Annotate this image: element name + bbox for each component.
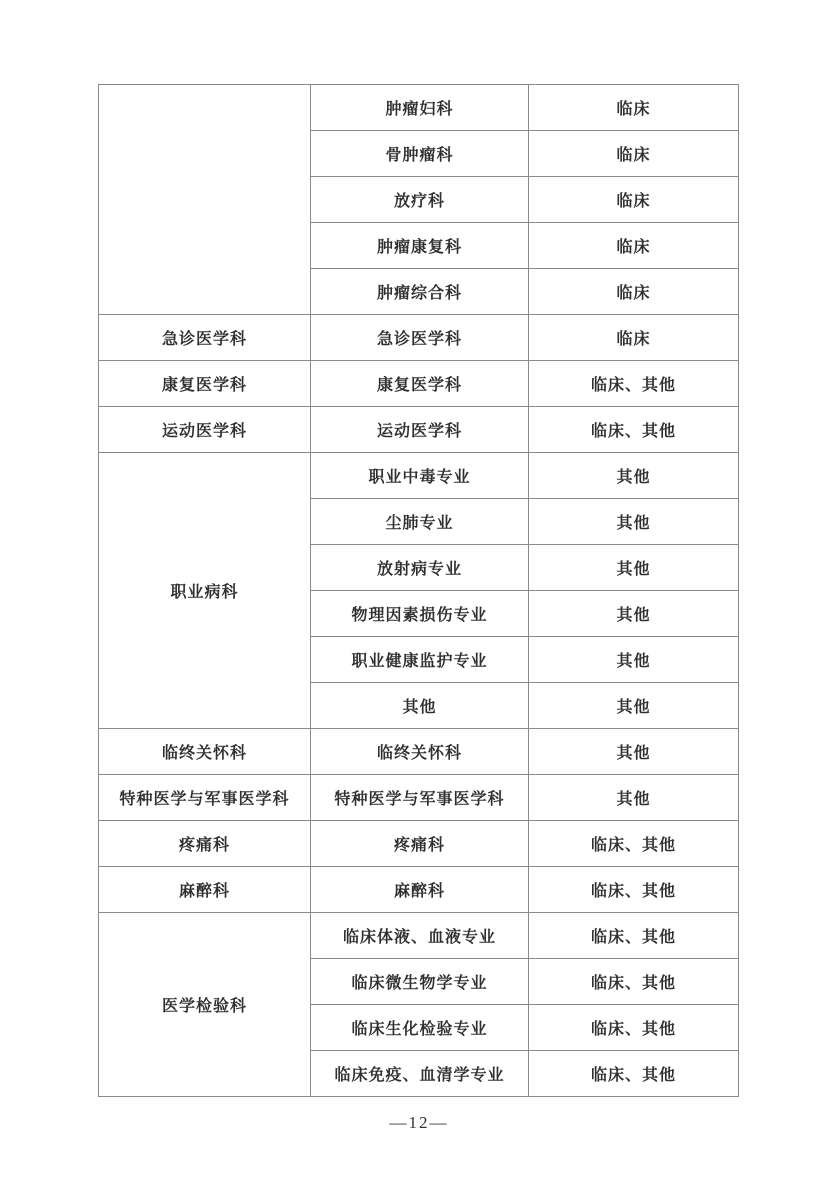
specialty-cell: 职业健康监护专业 <box>311 637 529 683</box>
group-department-cell: 麻醉科 <box>99 867 311 913</box>
specialty-cell: 骨肿瘤科 <box>311 131 529 177</box>
specialty-cell: 物理因素损伤专业 <box>311 591 529 637</box>
table-row: 康复医学科康复医学科临床、其他 <box>99 361 739 407</box>
group-department-cell <box>99 85 311 315</box>
category-cell: 临床、其他 <box>529 867 739 913</box>
category-cell: 其他 <box>529 453 739 499</box>
document-page: 肿瘤妇科临床骨肿瘤科临床放疗科临床肿瘤康复科临床肿瘤综合科临床急诊医学科急诊医学… <box>0 0 840 1188</box>
table-row: 医学检验科临床体液、血液专业临床、其他 <box>99 913 739 959</box>
specialty-cell: 运动医学科 <box>311 407 529 453</box>
category-cell: 临床、其他 <box>529 407 739 453</box>
group-department-cell: 急诊医学科 <box>99 315 311 361</box>
category-cell: 临床、其他 <box>529 913 739 959</box>
department-table-body: 肿瘤妇科临床骨肿瘤科临床放疗科临床肿瘤康复科临床肿瘤综合科临床急诊医学科急诊医学… <box>99 85 739 1097</box>
specialty-cell: 尘肺专业 <box>311 499 529 545</box>
category-cell: 临床、其他 <box>529 1051 739 1097</box>
specialty-cell: 疼痛科 <box>311 821 529 867</box>
group-department-cell: 临终关怀科 <box>99 729 311 775</box>
specialty-cell: 特种医学与军事医学科 <box>311 775 529 821</box>
category-cell: 临床、其他 <box>529 361 739 407</box>
specialty-cell: 临床微生物学专业 <box>311 959 529 1005</box>
specialty-cell: 临终关怀科 <box>311 729 529 775</box>
table-row: 麻醉科麻醉科临床、其他 <box>99 867 739 913</box>
category-cell: 其他 <box>529 683 739 729</box>
category-cell: 其他 <box>529 545 739 591</box>
category-cell: 临床 <box>529 177 739 223</box>
group-department-cell: 职业病科 <box>99 453 311 729</box>
category-cell: 临床 <box>529 223 739 269</box>
category-cell: 临床 <box>529 315 739 361</box>
category-cell: 临床、其他 <box>529 959 739 1005</box>
specialty-cell: 麻醉科 <box>311 867 529 913</box>
category-cell: 临床、其他 <box>529 821 739 867</box>
category-cell: 其他 <box>529 775 739 821</box>
category-cell: 临床 <box>529 85 739 131</box>
category-cell: 临床 <box>529 269 739 315</box>
table-row: 运动医学科运动医学科临床、其他 <box>99 407 739 453</box>
category-cell: 临床、其他 <box>529 1005 739 1051</box>
specialty-cell: 放疗科 <box>311 177 529 223</box>
page-number: —12— <box>0 1113 838 1133</box>
table-row: 特种医学与军事医学科特种医学与军事医学科其他 <box>99 775 739 821</box>
table-row: 肿瘤妇科临床 <box>99 85 739 131</box>
specialty-cell: 放射病专业 <box>311 545 529 591</box>
category-cell: 其他 <box>529 637 739 683</box>
group-department-cell: 特种医学与军事医学科 <box>99 775 311 821</box>
specialty-cell: 肿瘤康复科 <box>311 223 529 269</box>
table-row: 急诊医学科急诊医学科临床 <box>99 315 739 361</box>
specialty-cell: 其他 <box>311 683 529 729</box>
specialty-cell: 康复医学科 <box>311 361 529 407</box>
specialty-cell: 急诊医学科 <box>311 315 529 361</box>
table-row: 职业病科职业中毒专业其他 <box>99 453 739 499</box>
specialty-cell: 职业中毒专业 <box>311 453 529 499</box>
specialty-cell: 肿瘤综合科 <box>311 269 529 315</box>
specialty-cell: 临床免疫、血清学专业 <box>311 1051 529 1097</box>
category-cell: 其他 <box>529 729 739 775</box>
group-department-cell: 医学检验科 <box>99 913 311 1097</box>
group-department-cell: 康复医学科 <box>99 361 311 407</box>
table-row: 临终关怀科临终关怀科其他 <box>99 729 739 775</box>
specialty-cell: 肿瘤妇科 <box>311 85 529 131</box>
category-cell: 临床 <box>529 131 739 177</box>
group-department-cell: 疼痛科 <box>99 821 311 867</box>
category-cell: 其他 <box>529 591 739 637</box>
department-table: 肿瘤妇科临床骨肿瘤科临床放疗科临床肿瘤康复科临床肿瘤综合科临床急诊医学科急诊医学… <box>98 84 739 1097</box>
group-department-cell: 运动医学科 <box>99 407 311 453</box>
category-cell: 其他 <box>529 499 739 545</box>
specialty-cell: 临床体液、血液专业 <box>311 913 529 959</box>
table-row: 疼痛科疼痛科临床、其他 <box>99 821 739 867</box>
specialty-cell: 临床生化检验专业 <box>311 1005 529 1051</box>
